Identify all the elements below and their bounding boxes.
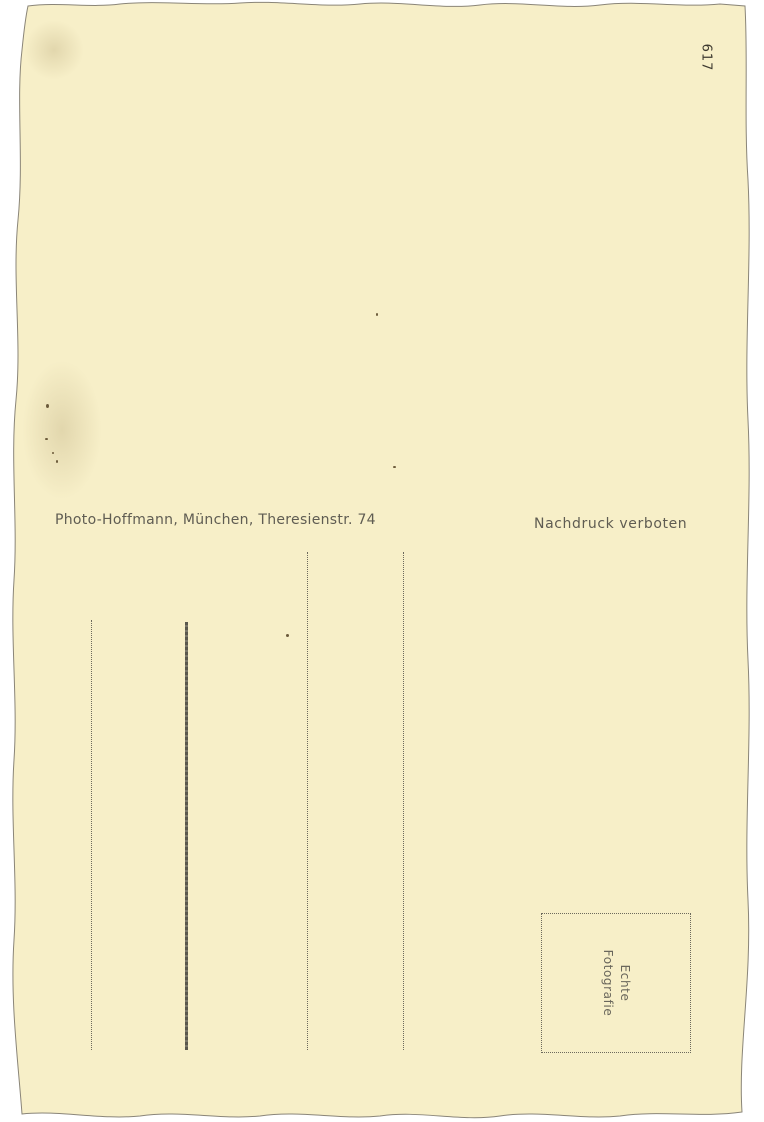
- paper-speck: [52, 452, 54, 454]
- paper-speck: [286, 634, 289, 637]
- message-guide-line: [91, 620, 92, 1050]
- paper-speck: [56, 460, 58, 463]
- stamp-box-label: Echte Fotografie: [599, 950, 633, 1017]
- stamp-box-line1: Echte: [616, 950, 633, 1017]
- address-guide-line: [403, 552, 404, 1050]
- paper-speck: [45, 438, 48, 440]
- reprint-notice: Nachdruck verboten: [534, 516, 687, 532]
- stamp-box-line2: Fotografie: [599, 950, 616, 1017]
- paper-speck: [376, 313, 378, 316]
- serial-number: 617: [698, 44, 713, 72]
- stamp-box: Echte Fotografie: [541, 913, 691, 1053]
- postcard-back: 617 Photo-Hoffmann, München, Theresienst…: [0, 0, 764, 1122]
- paper-stain: [22, 360, 102, 500]
- center-divider-line: [185, 622, 188, 1050]
- paper-speck: [46, 404, 49, 408]
- publisher-line: Photo-Hoffmann, München, Theresienstr. 7…: [55, 512, 376, 528]
- paper-stain: [24, 20, 84, 80]
- paper-speck: [393, 466, 396, 468]
- address-guide-line: [307, 552, 308, 1050]
